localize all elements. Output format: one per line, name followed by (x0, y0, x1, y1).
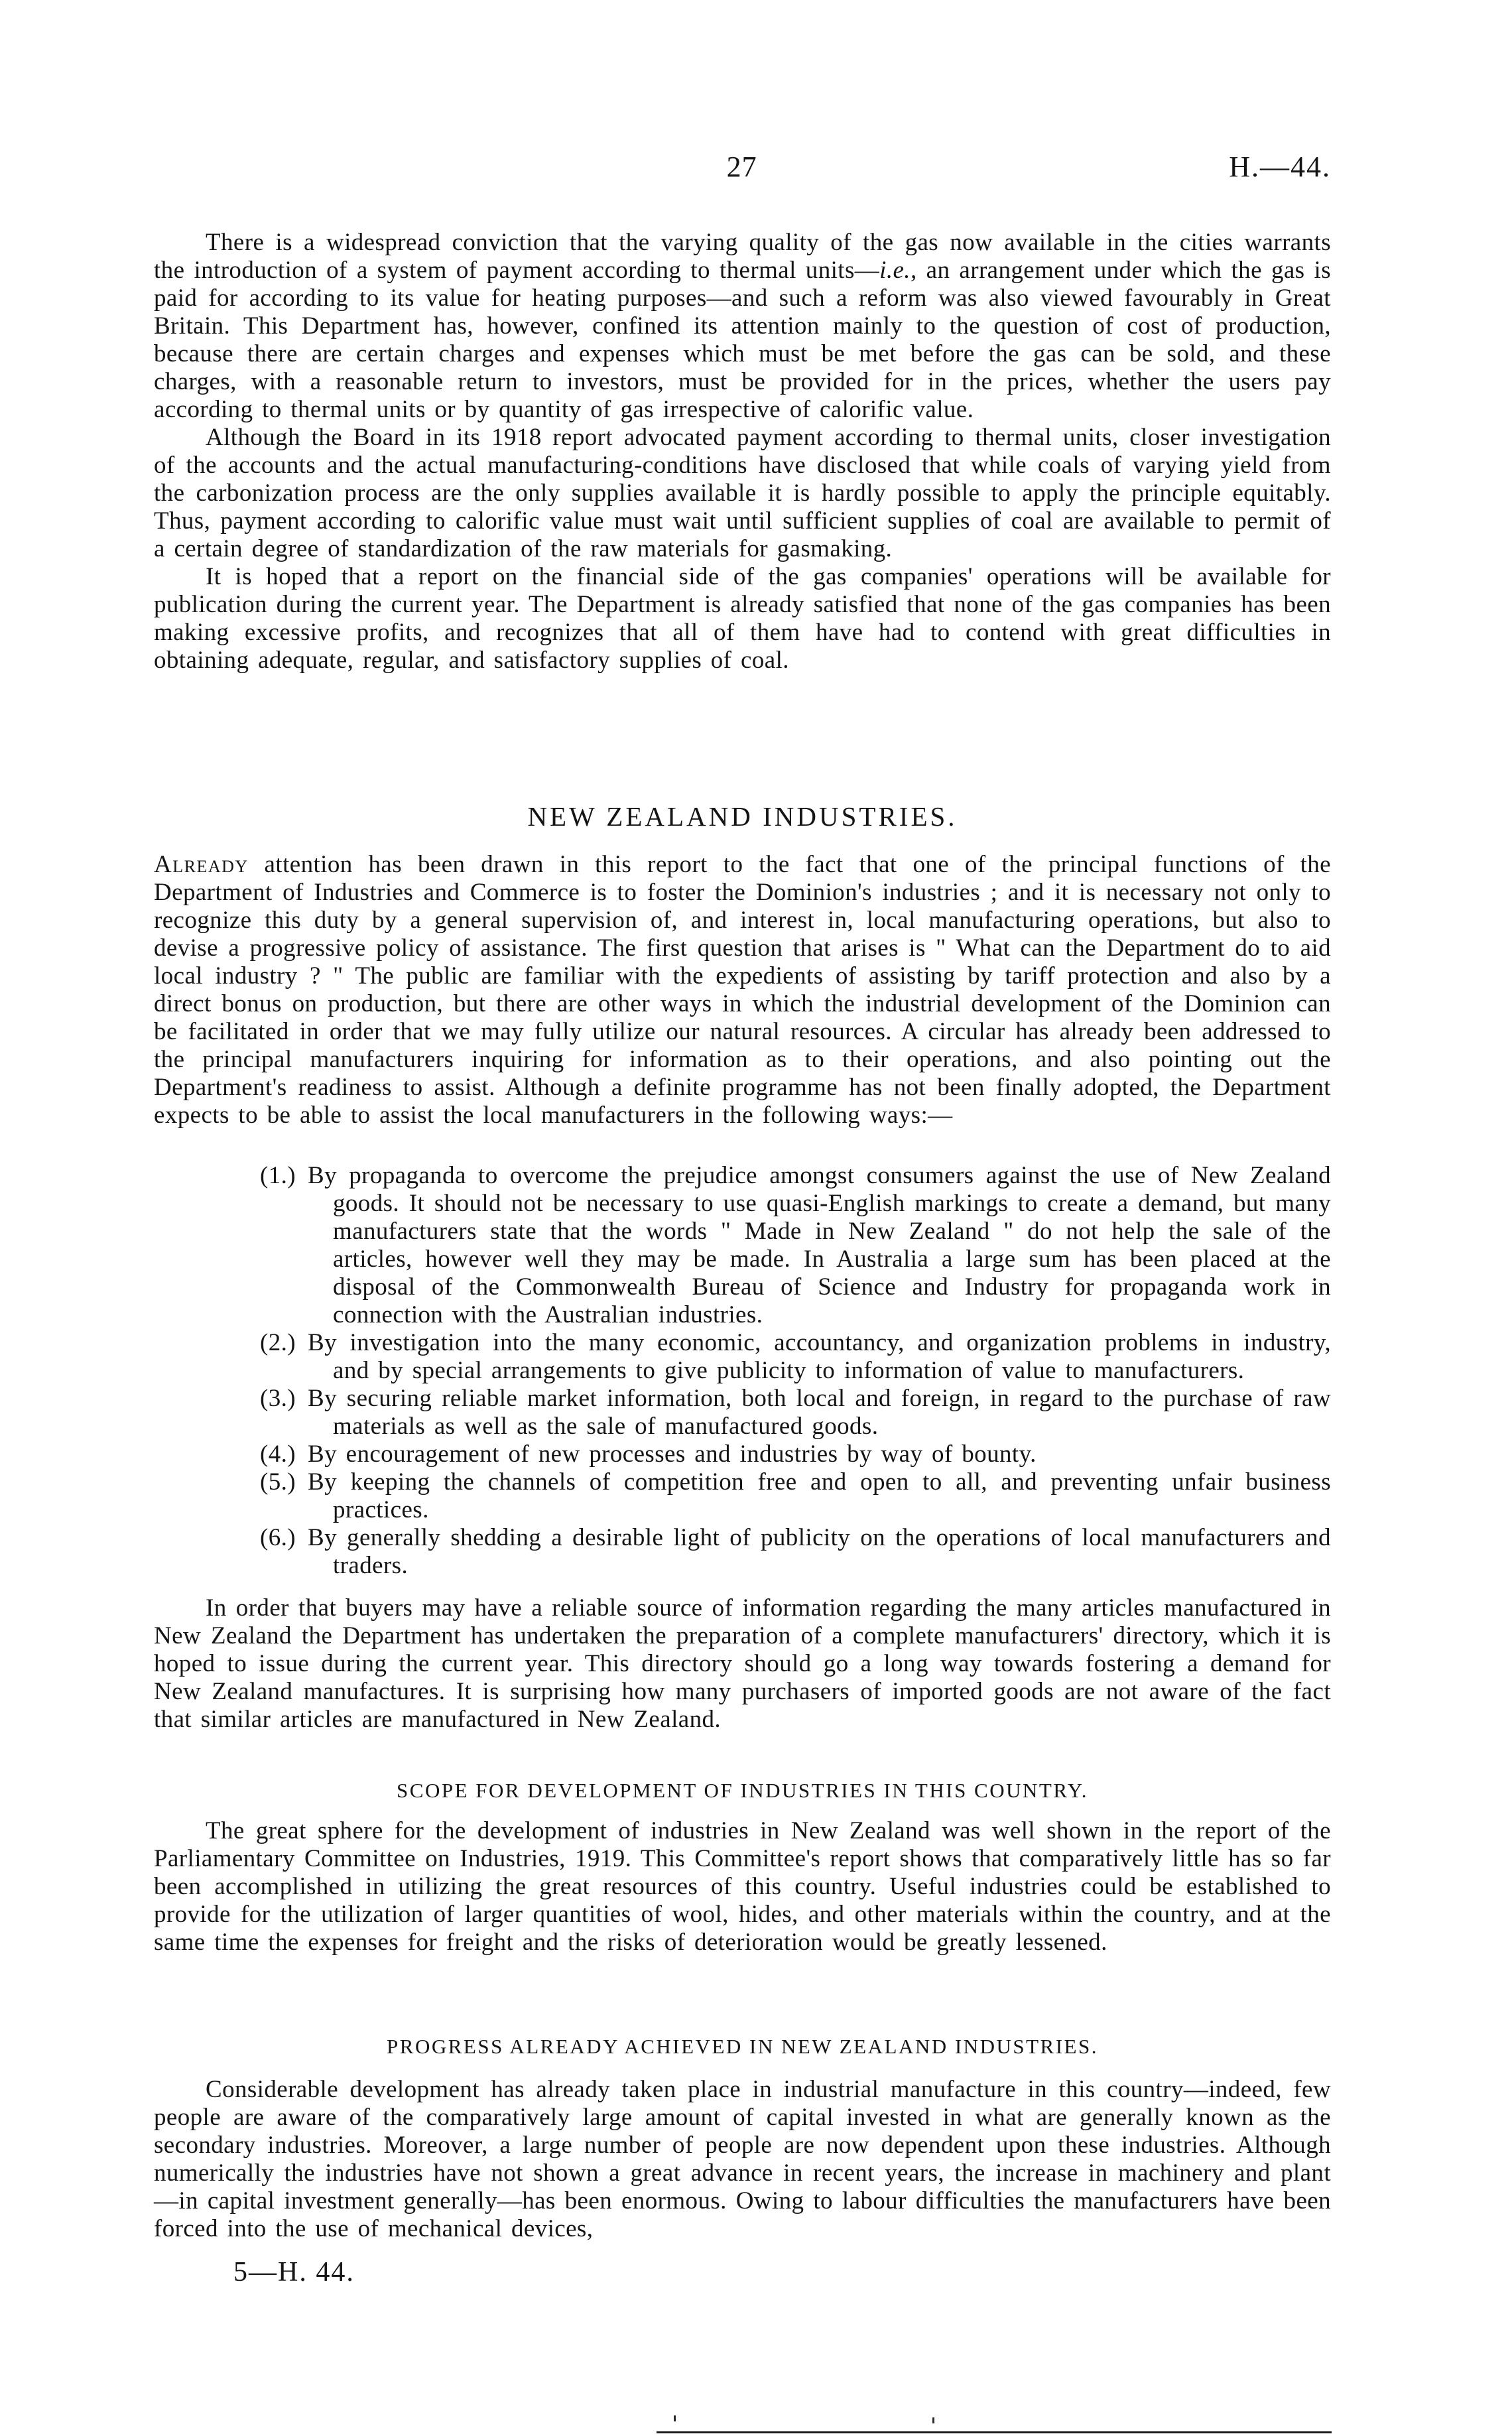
list-item-publicity: (6.)By generally shedding a desirable li… (154, 1524, 1331, 1580)
list-item-number: (5.) (260, 1468, 308, 1496)
scan-artifact-line (657, 2431, 1332, 2433)
lead-word-already: Already (154, 851, 249, 878)
list-item-text: By encouragement of new processes and in… (308, 1441, 1037, 1468)
paragraph-department-functions: Already attention has been drawn in this… (154, 851, 1331, 1129)
section-progress-achieved: Considerable development has already tak… (154, 2076, 1331, 2243)
list-item-text: By propaganda to overcome the prejudice … (308, 1162, 1331, 1328)
list-item-investigation: (2.)By investigation into the many econo… (154, 1329, 1331, 1385)
list-item-competition: (5.)By keeping the channels of competiti… (154, 1468, 1331, 1524)
list-item-number: (4.) (260, 1441, 308, 1468)
paragraph-parliamentary-committee: The great sphere for the development of … (154, 1817, 1331, 1956)
list-item-text: By generally shedding a desirable light … (308, 1524, 1331, 1579)
list-item-market-information: (3.)By securing reliable market informat… (154, 1385, 1331, 1441)
latin-abbreviation: i.e., (879, 257, 916, 284)
paragraph-text: attention has been drawn in this report … (154, 851, 1331, 1129)
section-gas-payment: There is a widespread conviction that th… (154, 229, 1331, 674)
list-item-text: By keeping the channels of competition f… (308, 1468, 1331, 1523)
page-footer-signature: 5—H. 44. (233, 2256, 355, 2288)
assistance-ways-list: (1.)By propaganda to overcome the prejud… (154, 1162, 1331, 1580)
page-number: 27 (727, 150, 757, 184)
scan-speck (674, 2415, 676, 2421)
list-item-number: (1.) (260, 1162, 308, 1189)
paragraph-board-1918-report: Although the Board in its 1918 report ad… (154, 424, 1331, 563)
list-item-propaganda: (1.)By propaganda to overcome the prejud… (154, 1162, 1331, 1329)
list-item-number: (2.) (260, 1329, 308, 1356)
paragraph-gas-companies-finances: It is hoped that a report on the financi… (154, 563, 1331, 674)
heading-progress-achieved: PROGRESS ALREADY ACHIEVED IN NEW ZEALAND… (154, 2033, 1331, 2060)
list-item-bounty: (4.)By encouragement of new processes an… (154, 1441, 1331, 1468)
paragraph-gas-thermal-units: There is a widespread conviction that th… (154, 229, 1331, 424)
list-item-text: By investigation into the many economic,… (308, 1329, 1331, 1384)
page-header: 27 H.—44. (154, 150, 1331, 187)
heading-scope-for-development: SCOPE FOR DEVELOPMENT OF INDUSTRIES IN T… (154, 1777, 1331, 1804)
heading-new-zealand-industries: NEW ZEALAND INDUSTRIES. (154, 801, 1331, 832)
paragraph-considerable-development: Considerable development has already tak… (154, 2076, 1331, 2243)
section-scope-for-development: The great sphere for the development of … (154, 1817, 1331, 1956)
section-manufacturers-directory: In order that buyers may have a reliable… (154, 1594, 1331, 1734)
paragraph-manufacturers-directory: In order that buyers may have a reliable… (154, 1594, 1331, 1734)
list-item-text: By securing reliable market information,… (308, 1385, 1331, 1440)
scan-speck (932, 2417, 934, 2423)
document-reference: H.—44. (1229, 150, 1331, 184)
list-item-number: (3.) (260, 1385, 308, 1412)
section-nz-industries-intro: Already attention has been drawn in this… (154, 851, 1331, 1129)
list-item-number: (6.) (260, 1524, 308, 1551)
